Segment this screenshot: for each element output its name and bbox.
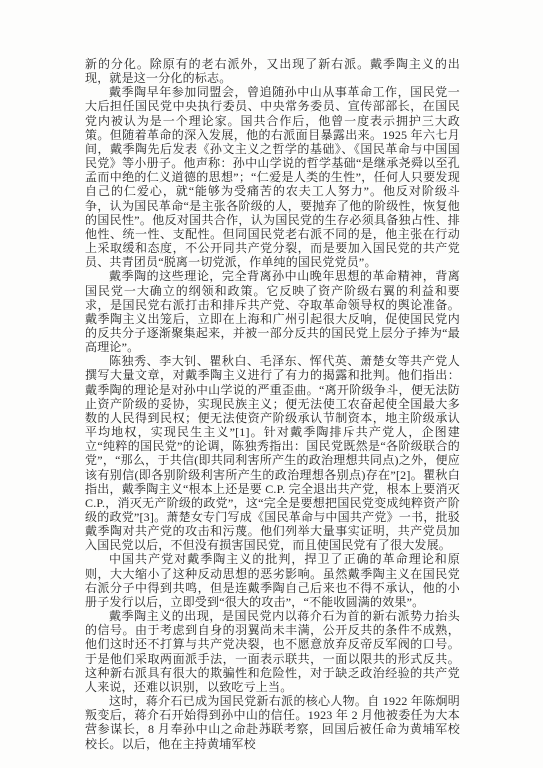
text-column: 新的分化。除原有的老右派外，又出现了新右派。戴季陶主义的出现，就是这一分化的标志… bbox=[85, 57, 460, 751]
page-number: 98 bbox=[0, 725, 543, 736]
paragraph: 戴季陶的这些理论，完全背离孙中山晚年思想的革命精神，背离国民党一大确立的纲领和政… bbox=[85, 269, 460, 354]
paragraph: 陈独秀、李大钊、瞿秋白、毛泽东、恽代英、萧楚女等共产党人撰写大量文章，对戴季陶主… bbox=[85, 354, 460, 552]
paragraph: 中国共产党对戴季陶主义的批判，捍卫了正确的革命理论和原则，大大缩小了这种反动思想… bbox=[85, 552, 460, 609]
paragraph: 新的分化。除原有的老右派外，又出现了新右派。戴季陶主义的出现，就是这一分化的标志… bbox=[85, 57, 460, 85]
book-page: 新的分化。除原有的老右派外，又出现了新右派。戴季陶主义的出现，就是这一分化的标志… bbox=[0, 0, 543, 768]
paragraph: 这时，蒋介石已成为国民党新右派的核心人物。自 1922 年陈炯明叛变后，蒋介石开… bbox=[85, 694, 460, 751]
paragraph: 戴季陶主义的出现，是国民党内以蒋介石为首的新右派势力抬头的信号。由于考虑到自身的… bbox=[85, 609, 460, 694]
paragraph: 戴季陶早年参加同盟会，曾追随孙中山从事革命工作，国民党一大后担任国民党中央执行委… bbox=[85, 85, 460, 269]
